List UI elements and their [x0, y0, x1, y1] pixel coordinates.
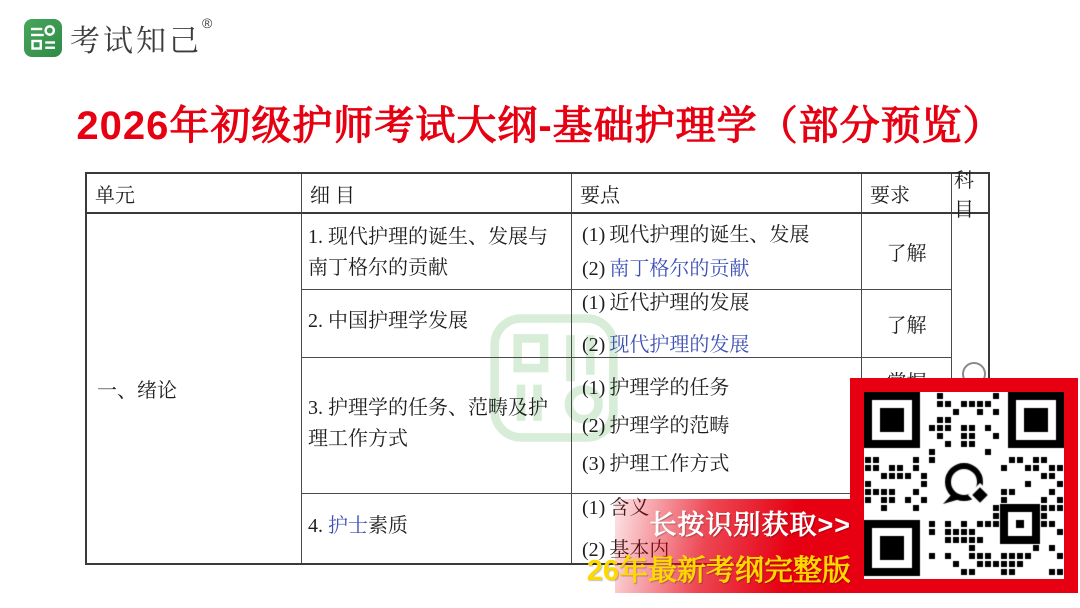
unit-cell: 一、绪论	[87, 214, 302, 563]
detail-text: 2. 中国护理学发展	[308, 306, 468, 337]
page: 考试知己® 2026年初级护师考试大纲-基础护理学（部分预览） 单元 细 目 要…	[0, 0, 1080, 608]
point-line: (2)现代护理的发展	[582, 335, 861, 355]
col-header-requirement: 要求	[862, 174, 952, 214]
doc-link[interactable]: 护士	[328, 515, 368, 537]
detail-text: 4. 护士素质	[308, 511, 408, 542]
brand-logo-glyph	[28, 23, 58, 53]
promo-banner: 长按识别获取>> 26年最新考纲完整版	[615, 499, 853, 593]
point-line: (2)护理学的范畴	[582, 416, 861, 436]
doc-link[interactable]: 现代护理的发展	[609, 334, 749, 356]
requirement-cell-row1: 了解	[862, 214, 952, 290]
brand-logo-icon	[24, 19, 62, 57]
promo-line1: 长按识别获取>>	[649, 503, 851, 542]
point-line: (1)现代护理的诞生、发展	[582, 225, 861, 245]
detail-text: 1. 现代护理的诞生、发展与南丁格尔的贡献	[308, 226, 548, 279]
points-cell-row1: (1)现代护理的诞生、发展 (2)南丁格尔的贡献	[572, 214, 862, 290]
detail-cell-row3: 3. 护理学的任务、范畴及护理工作方式	[302, 358, 572, 494]
col-header-points: 要点	[572, 174, 862, 214]
doc-link[interactable]: 南丁格尔的贡献	[609, 258, 749, 280]
requirement-cell-row2: 了解	[862, 290, 952, 358]
brand-name: 考试知己®	[70, 16, 215, 60]
point-line: (2)南丁格尔的贡献	[582, 259, 861, 279]
page-title: 2026年初级护师考试大纲-基础护理学（部分预览）	[0, 94, 1080, 151]
points-cell-row3: (1)护理学的任务 (2)护理学的范畴 (3)护理工作方式	[572, 358, 862, 494]
detail-text: 3. 护理学的任务、范畴及护理工作方式	[308, 393, 565, 455]
point-line: (1)近代护理的发展	[582, 293, 861, 313]
col-header-detail: 细 目	[302, 174, 572, 214]
detail-cell-row1: 1. 现代护理的诞生、发展与南丁格尔的贡献	[302, 214, 572, 290]
point-line: (3)护理工作方式	[582, 454, 861, 474]
detail-cell-row4: 4. 护士素质	[302, 494, 572, 563]
promo-line2: 26年最新考纲完整版	[587, 548, 851, 589]
qr-panel[interactable]	[850, 378, 1078, 593]
registered-mark: ®	[202, 15, 215, 31]
detail-cell-row2: 2. 中国护理学发展	[302, 290, 572, 358]
qr-code[interactable]	[864, 392, 1064, 579]
col-header-subject: 科目	[952, 174, 988, 214]
col-header-unit: 单元	[87, 174, 302, 214]
brand: 考试知己®	[24, 16, 215, 60]
points-cell-row2: (1)近代护理的发展 (2)现代护理的发展	[572, 290, 862, 358]
point-line: (1)护理学的任务	[582, 378, 861, 398]
